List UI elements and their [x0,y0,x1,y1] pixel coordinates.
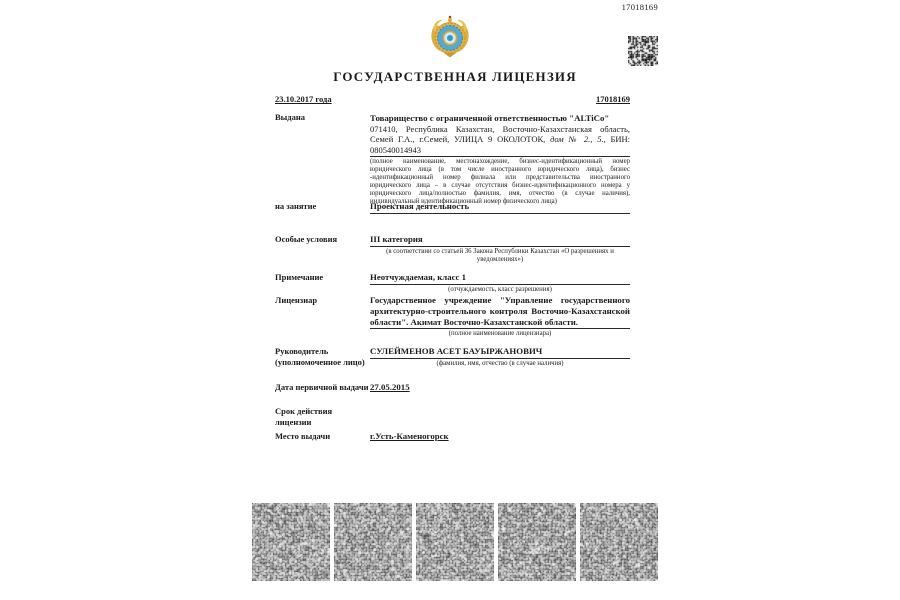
field-licensor-label: Лицензиар [275,295,370,306]
field-special-conditions-note: (в соответствии со статьей 36 Закона Рес… [370,248,630,264]
activity-value: Проектная деятельность [370,201,630,214]
license-number: 17018169 [596,94,630,104]
field-special-conditions: Особые условия III категория (в соответс… [275,234,630,264]
noise-block-3 [416,503,494,581]
field-place-label: Место выдачи [275,431,370,442]
field-issued-to: Выдана Товарищество с ограниченной ответ… [275,112,630,206]
security-strip [252,503,658,581]
field-issued-to-label: Выдана [275,112,370,123]
field-head: Руководитель (уполномоченное лицо) СУЛЕЙ… [275,346,630,368]
field-validity: Срок действия лицензии [275,406,630,428]
noise-block-4 [498,503,576,581]
place-value: г.Усть-Каменогорск [370,431,449,441]
field-place: Место выдачи г.Усть-Каменогорск [275,431,630,442]
field-head-label: Руководитель (уполномоченное лицо) [275,346,370,368]
kazakhstan-emblem-icon [428,11,472,58]
license-document: 17018169 ГОСУДАРСТВЕННАЯ ЛИЦЕНЗИЯ 23.10.… [252,0,658,600]
serial-number-top: 17018169 [622,2,658,12]
licensor-value: Государственное учреждение "Управление г… [370,295,630,329]
page-title: ГОСУДАРСТВЕННАЯ ЛИЦЕНЗИЯ [252,69,658,85]
field-special-conditions-label: Особые условия [275,234,370,245]
issue-date: 23.10.2017 года [275,94,332,104]
first-issue-value: 27.05.2015 [370,382,410,392]
date-number-row: 23.10.2017 года 17018169 [275,94,630,104]
field-remark-label: Примечание [275,272,370,283]
licensee-address: 071410, Республика Казахстан, Восточно-К… [370,124,630,157]
field-first-issue-label: Дата первичной выдачи [275,382,370,393]
field-first-issue: Дата первичной выдачи 27.05.2015 [275,382,630,393]
field-licensor-note: (полное наименование лицензиара) [370,330,630,338]
field-licensor: Лицензиар Государственное учреждение "Уп… [275,295,630,338]
noise-block-5 [580,503,658,581]
field-issued-to-note: (полное наименование, местонахождение, б… [370,158,630,205]
head-value: СУЛЕЙМЕНОВ АСЕТ БАУЫРЖАНОВИЧ [370,346,630,359]
noise-block-1 [252,503,330,581]
license-page: { "document": { "serial_top": "17018169"… [0,0,900,600]
qr-code-canvas [628,36,658,66]
field-activity: на занятие Проектная деятельность [275,201,630,214]
remark-value: Неотчуждаемая, класс 1 [370,272,630,285]
special-conditions-value: III категория [370,234,630,247]
field-head-note: (фамилия, имя, отчество (в случае наличи… [370,360,630,368]
qr-code-icon [628,36,658,66]
noise-block-2 [334,503,412,581]
field-remark-note: (отчуждаемость, класс разрешения) [370,286,630,294]
field-remark: Примечание Неотчуждаемая, класс 1 (отчуж… [275,272,630,294]
licensee-name: Товарищество с ограниченной ответственно… [370,112,630,124]
field-validity-label: Срок действия лицензии [275,406,370,428]
field-activity-label: на занятие [275,201,370,212]
